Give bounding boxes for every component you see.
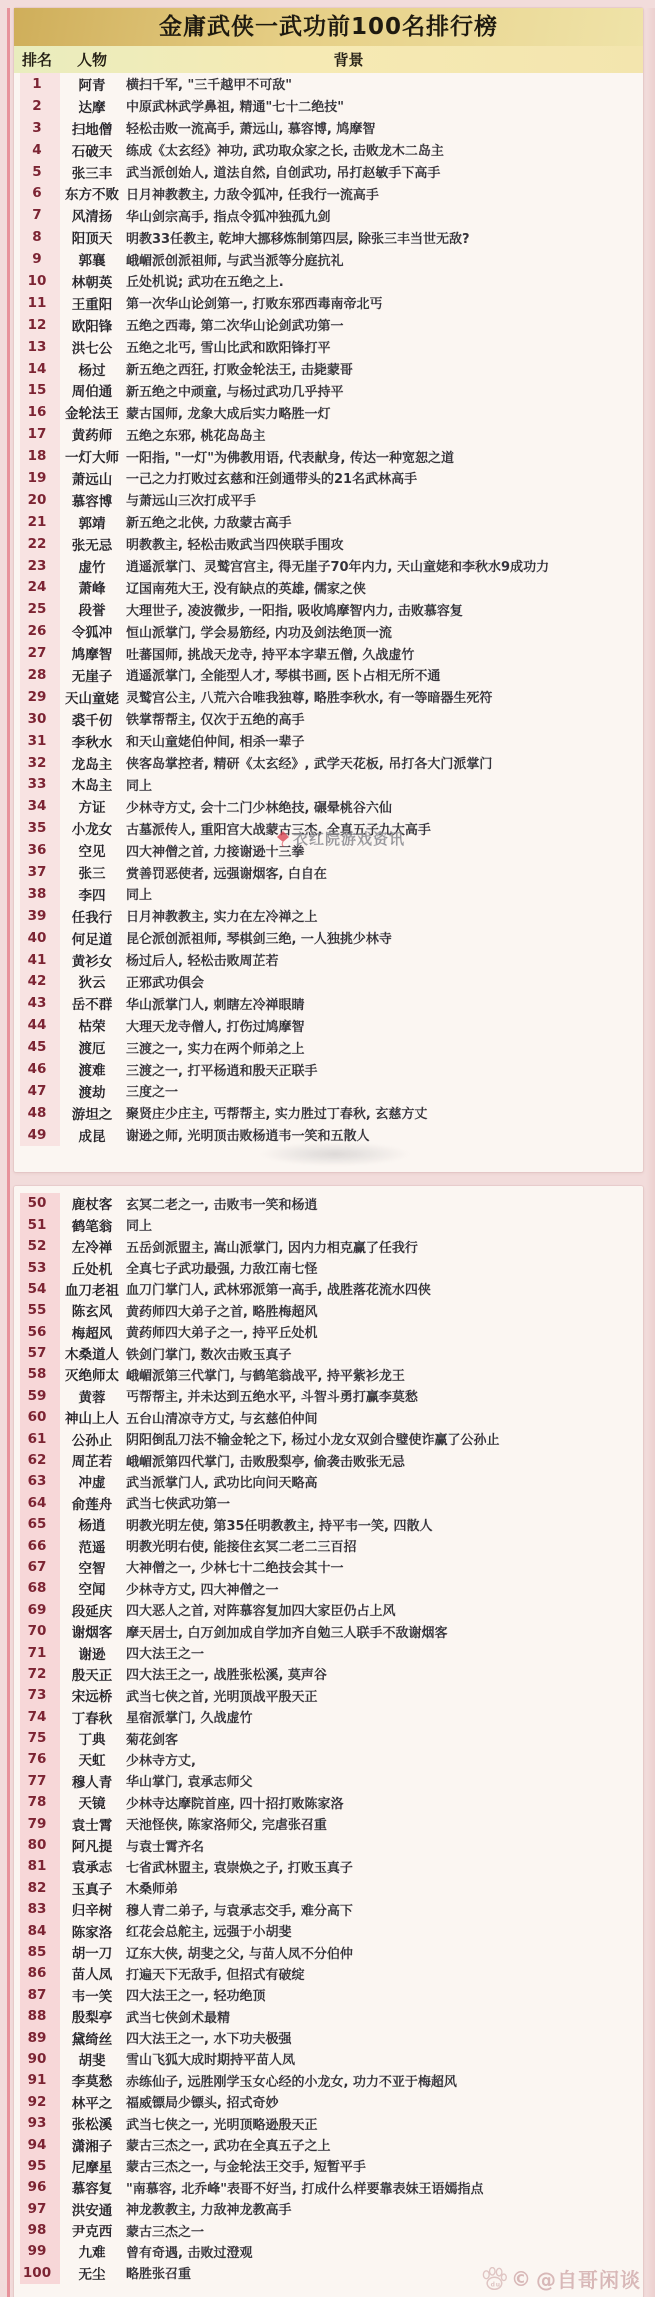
name-cell: 狄云 bbox=[60, 971, 124, 991]
table-row: 76天虹少林寺方丈, bbox=[14, 1749, 643, 1770]
rank-cell: 1 bbox=[14, 76, 60, 92]
name-cell: 阳顶天 bbox=[60, 227, 124, 247]
watermark-author-credit: du © @自哥闲谈 bbox=[481, 2264, 641, 2293]
background-cell: 大神僧之一, 少林七十二绝技会其十一 bbox=[124, 1557, 643, 1576]
name-cell: 杨逍 bbox=[60, 1514, 124, 1534]
name-cell: 九难 bbox=[60, 2241, 124, 2261]
background-cell: 五绝之东邪, 桃花岛岛主 bbox=[124, 425, 643, 444]
name-cell: 鹤笔翁 bbox=[60, 1215, 124, 1235]
background-cell: 三渡之一, 打平杨逍和殷天正联手 bbox=[124, 1060, 643, 1079]
kite-icon bbox=[276, 831, 290, 847]
table-row: 43岳不群华山派掌门人, 刺瞎左冷禅眼睛 bbox=[14, 992, 643, 1014]
name-cell: 金轮法王 bbox=[60, 402, 124, 422]
name-cell: 风清扬 bbox=[60, 205, 124, 225]
name-cell: 穆人青 bbox=[60, 1771, 124, 1791]
name-cell: 苗人凤 bbox=[60, 1963, 124, 1983]
rank-cell: 94 bbox=[14, 2137, 60, 2153]
name-cell: 李秋水 bbox=[60, 731, 124, 751]
table-row: 80阿凡提与袁士霄齐名 bbox=[14, 1834, 643, 1855]
table-row: 22张无忌明教教主, 轻松击败武当四侠联手围攻 bbox=[14, 533, 643, 555]
background-cell: 明教教主, 轻松击败武当四侠联手围攻 bbox=[124, 534, 643, 553]
background-cell: 一己之力打败过玄慈和汪剑通带头的21名武林高手 bbox=[124, 468, 643, 487]
background-cell: 木桑师弟 bbox=[124, 1878, 643, 1897]
name-cell: 殷天正 bbox=[60, 1664, 124, 1684]
background-cell: 曾有奇遇, 击败过澄观 bbox=[124, 2242, 643, 2261]
table-row: 40何足道昆仑派创派祖师, 琴棋剑三绝, 一人独挑少林寺 bbox=[14, 927, 643, 949]
name-cell: 归辛树 bbox=[60, 1899, 124, 1919]
column-header-rank: 排名 bbox=[14, 49, 60, 70]
rank-cell: 34 bbox=[14, 798, 60, 814]
name-cell: 虚竹 bbox=[60, 556, 124, 576]
name-cell: 杨过 bbox=[60, 359, 124, 379]
column-header-background: 背景 bbox=[124, 49, 643, 70]
background-cell: 明教光明右使, 能接住玄冥二老二三百招 bbox=[124, 1536, 643, 1555]
name-cell: 欧阳锋 bbox=[60, 315, 124, 335]
table-row: 59黄蓉丐帮帮主, 并未达到五绝水平, 斗智斗勇打赢李莫愁 bbox=[14, 1385, 643, 1406]
rank-cell: 27 bbox=[14, 645, 60, 661]
table-row: 71谢逊四大法王之一 bbox=[14, 1642, 643, 1663]
rank-cell: 23 bbox=[14, 558, 60, 574]
rank-cell: 61 bbox=[14, 1431, 60, 1447]
rank-cell: 9 bbox=[14, 251, 60, 267]
table-row: 88殷梨亭武当七侠剑术最精 bbox=[14, 2005, 643, 2026]
background-cell: 明教33任教主, 乾坤大挪移炼制第四层, 除张三丰当世无敌? bbox=[124, 228, 643, 247]
table-row: 24萧峰辽国南苑大王, 没有缺点的英雄, 儒家之侠 bbox=[14, 576, 643, 598]
name-cell: 岳不群 bbox=[60, 993, 124, 1013]
name-cell: 木桑道人 bbox=[60, 1343, 124, 1363]
table-row: 52左冷禅五岳剑派盟主, 嵩山派掌门, 因内力相克赢了任我行 bbox=[14, 1235, 643, 1256]
rank-cell: 84 bbox=[14, 1923, 60, 1939]
rank-cell: 83 bbox=[14, 1901, 60, 1917]
table-row: 78天镜少林寺达摩院首座, 四十招打败陈家洛 bbox=[14, 1792, 643, 1813]
background-cell: 铁掌帮帮主, 仅次于五绝的高手 bbox=[124, 709, 643, 728]
background-cell: 五绝之西毒, 第二次华山论剑武功第一 bbox=[124, 315, 643, 334]
background-cell: 与萧远山三次打成平手 bbox=[124, 490, 643, 509]
name-cell: 木岛主 bbox=[60, 774, 124, 794]
name-cell: 殷梨亭 bbox=[60, 2006, 124, 2026]
name-cell: 郭靖 bbox=[60, 512, 124, 532]
rank-cell: 78 bbox=[14, 1794, 60, 1810]
page-left-edge-line bbox=[7, 8, 10, 2297]
name-cell: 黄蓉 bbox=[60, 1386, 124, 1406]
background-cell: 武当七侠武功第一 bbox=[124, 1493, 643, 1512]
background-cell: 练成《太玄经》神功, 武功取众家之长, 击败龙木二岛主 bbox=[124, 140, 643, 159]
background-cell: 峨嵋派第三代掌门, 与鹤笔翁战平, 持平紫衫龙王 bbox=[124, 1365, 643, 1384]
background-cell: 华山剑宗高手, 指点令狐冲独孤九剑 bbox=[124, 206, 643, 225]
table-row: 69段延庆四大恶人之首, 对阵慕容复加四大家臣仍占上风 bbox=[14, 1599, 643, 1620]
name-cell: 玉真子 bbox=[60, 1878, 124, 1898]
background-cell: 丐帮帮主, 并未达到五绝水平, 斗智斗勇打赢李莫愁 bbox=[124, 1386, 643, 1405]
table-row: 45渡厄三渡之一, 实力在两个师弟之上 bbox=[14, 1036, 643, 1058]
background-cell: "南慕容, 北乔峰"表哥不好当, 打成什么样要靠表妹王语嫣指点 bbox=[124, 2178, 643, 2197]
background-cell: 四大法王之一, 轻功绝顶 bbox=[124, 1985, 643, 2004]
paw-du-text: du bbox=[491, 2281, 501, 2288]
rank-cell: 54 bbox=[14, 1281, 60, 1297]
rank-cell: 10 bbox=[14, 273, 60, 289]
name-cell: 段誉 bbox=[60, 599, 124, 619]
name-cell: 洪安通 bbox=[60, 2199, 124, 2219]
background-cell: 摩天居士, 白万剑加成自学加齐自勉三人联手不敌谢烟客 bbox=[124, 1622, 643, 1641]
rank-cell: 26 bbox=[14, 623, 60, 639]
name-cell: 范遥 bbox=[60, 1536, 124, 1556]
table-row: 73宋远桥武当七侠之首, 光明顶战平殷天正 bbox=[14, 1685, 643, 1706]
rank-cell: 4 bbox=[14, 142, 60, 158]
table-row: 86苗人凤打遍天下无敌手, 但招式有破绽 bbox=[14, 1963, 643, 1984]
rank-cell: 46 bbox=[14, 1061, 60, 1077]
table-row: 11王重阳第一次华山论剑第一, 打败东邪西毒南帝北丐 bbox=[14, 292, 643, 314]
rank-cell: 91 bbox=[14, 2072, 60, 2088]
rank-cell: 69 bbox=[14, 1602, 60, 1618]
table-row: 42狄云正邪武功俱会 bbox=[14, 971, 643, 993]
paw-logo-icon: du bbox=[481, 2267, 507, 2291]
table-row: 29天山童姥灵鹫宫公主, 八荒六合唯我独尊, 略胜李秋水, 有一等暗器生死符 bbox=[14, 686, 643, 708]
table-row: 16金轮法王蒙古国师, 龙象大成后实力略胜一灯 bbox=[14, 401, 643, 423]
table-row: 25段誉大理世子, 凌波微步, 一阳指, 吸收鸠摩智内力, 击败慕容复 bbox=[14, 598, 643, 620]
table-row: 84陈家洛红花会总舵主, 远强于小胡斐 bbox=[14, 1920, 643, 1941]
table-row: 33木岛主同上 bbox=[14, 774, 643, 796]
table-row: 68空闻少林寺方丈, 四大神僧之一 bbox=[14, 1578, 643, 1599]
table-row: 55陈玄风黄药师四大弟子之首, 略胜梅超风 bbox=[14, 1300, 643, 1321]
rank-cell: 97 bbox=[14, 2201, 60, 2217]
background-cell: 杨过后人, 轻松击败周芷若 bbox=[124, 950, 643, 969]
rank-cell: 51 bbox=[14, 1217, 60, 1233]
table-row: 50鹿杖客玄冥二老之一, 击败韦一笑和杨逍 bbox=[14, 1193, 643, 1214]
rank-cell: 32 bbox=[14, 755, 60, 771]
table-row: 23虚竹逍遥派掌门、灵鹫宫宫主, 得无崖子70年内力, 天山童姥和李秋水9成功力 bbox=[14, 555, 643, 577]
background-cell: 星宿派掌门, 久战虚竹 bbox=[124, 1707, 643, 1726]
rank-cell: 70 bbox=[14, 1623, 60, 1639]
background-cell: 少林寺方丈, 会十二门少林绝技, 碾晕桃谷六仙 bbox=[124, 797, 643, 816]
name-cell: 林朝英 bbox=[60, 271, 124, 291]
rank-cell: 93 bbox=[14, 2115, 60, 2131]
name-cell: 俞莲舟 bbox=[60, 1493, 124, 1513]
table-row: 67空智大神僧之一, 少林七十二绝技会其十一 bbox=[14, 1556, 643, 1577]
background-cell: 大理天龙寺僧人, 打伤过鸠摩智 bbox=[124, 1016, 643, 1035]
rank-cell: 68 bbox=[14, 1580, 60, 1596]
rank-cell: 11 bbox=[14, 295, 60, 311]
table-row: 28无崖子逍遥派掌门, 全能型人才, 琴棋书画, 医卜占相无所不通 bbox=[14, 664, 643, 686]
name-cell: 袁承志 bbox=[60, 1856, 124, 1876]
background-cell: 赤练仙子, 远胜刚学玉女心经的小龙女, 功力不亚于梅超风 bbox=[124, 2071, 643, 2090]
name-cell: 丁春秋 bbox=[60, 1707, 124, 1727]
watermark-blur-stamp bbox=[260, 1142, 410, 1166]
background-cell: 恒山派掌门, 学会易筋经, 内功及剑法绝顶一流 bbox=[124, 622, 643, 641]
background-cell: 四大恶人之首, 对阵慕容复加四大家臣仍占上风 bbox=[124, 1600, 643, 1619]
rank-cell: 35 bbox=[14, 820, 60, 836]
table-row: 17黄药师五绝之东邪, 桃花岛岛主 bbox=[14, 423, 643, 445]
rank-cell: 52 bbox=[14, 1238, 60, 1254]
name-cell: 萧峰 bbox=[60, 577, 124, 597]
background-cell: 华山掌门, 袁承志师父 bbox=[124, 1771, 643, 1790]
table-row: 44枯荣大理天龙寺僧人, 打伤过鸠摩智 bbox=[14, 1014, 643, 1036]
rank-cell: 17 bbox=[14, 426, 60, 442]
table-row: 8阳顶天明教33任教主, 乾坤大挪移炼制第四层, 除张三丰当世无敌? bbox=[14, 226, 643, 248]
rank-rows-1-49: 1阿青横扫千军, "三千越甲不可敌"2达摩中原武林武学鼻祖, 精通"七十二绝技"… bbox=[14, 73, 643, 1146]
name-cell: 陈家洛 bbox=[60, 1921, 124, 1941]
table-row: 63冲虚武当派掌门人, 武功比向问天略高 bbox=[14, 1471, 643, 1492]
background-cell: 逍遥派掌门、灵鹫宫宫主, 得无崖子70年内力, 天山童姥和李秋水9成功力 bbox=[124, 556, 643, 575]
table-row: 72殷天正四大法王之一, 战胜张松溪, 莫声谷 bbox=[14, 1663, 643, 1684]
rank-cell: 92 bbox=[14, 2094, 60, 2110]
at-symbol: © bbox=[511, 2267, 532, 2291]
rank-cell: 2 bbox=[14, 98, 60, 114]
name-cell: 一灯大师 bbox=[60, 446, 124, 466]
rank-cell: 25 bbox=[14, 601, 60, 617]
name-cell: 韦一笑 bbox=[60, 1985, 124, 2005]
table-row: 83归辛树穆人青二弟子, 与袁承志交手, 难分高下 bbox=[14, 1899, 643, 1920]
rank-cell: 73 bbox=[14, 1687, 60, 1703]
rank-cell: 36 bbox=[14, 842, 60, 858]
name-cell: 宋远桥 bbox=[60, 1685, 124, 1705]
ranking-table-top-panel: 金庸武侠一武功前100名排行榜 排名 人物 背景 1阿青横扫千军, "三千越甲不… bbox=[14, 8, 643, 1172]
table-row: 5张三丰武当派创始人, 道法自然, 自创武功, 吊打赵敏手下高手 bbox=[14, 161, 643, 183]
name-cell: 黄衫女 bbox=[60, 950, 124, 970]
background-cell: 四大法王之一, 水下功夫极强 bbox=[124, 2028, 643, 2047]
table-row: 27鸠摩智吐蕃国师, 挑战天龙寺, 持平本字辈五僧, 久战虚竹 bbox=[14, 642, 643, 664]
background-cell: 日月神教教主, 实力在左冷禅之上 bbox=[124, 906, 643, 925]
background-cell: 明教光明左使, 第35任明教教主, 持平韦一笑, 四散人 bbox=[124, 1515, 643, 1534]
background-cell: 新五绝之西狂, 打败金轮法王, 击毙蒙哥 bbox=[124, 359, 643, 378]
rank-cell: 16 bbox=[14, 404, 60, 420]
background-cell: 峨嵋派创派祖师, 与武当派等分庭抗礼 bbox=[124, 250, 643, 269]
table-row: 20慕容博与萧远山三次打成平手 bbox=[14, 489, 643, 511]
name-cell: 张无忌 bbox=[60, 534, 124, 554]
table-row: 47渡劫三度之一 bbox=[14, 1080, 643, 1102]
background-cell: 同上 bbox=[124, 884, 643, 903]
background-cell: 横扫千军, "三千越甲不可敌" bbox=[124, 74, 643, 93]
rank-cell: 21 bbox=[14, 514, 60, 530]
rank-cell: 3 bbox=[14, 120, 60, 136]
name-cell: 张松溪 bbox=[60, 2113, 124, 2133]
rank-cell: 81 bbox=[14, 1858, 60, 1874]
name-cell: 东方不败 bbox=[60, 183, 124, 203]
table-row: 60神山上人五台山清凉寺方丈, 与玄慈伯仲间 bbox=[14, 1407, 643, 1428]
background-cell: 红花会总舵主, 远强于小胡斐 bbox=[124, 1921, 643, 1940]
rank-cell: 57 bbox=[14, 1345, 60, 1361]
name-cell: 公孙止 bbox=[60, 1429, 124, 1449]
name-cell: 天虹 bbox=[60, 1749, 124, 1769]
name-cell: 天山童姥 bbox=[60, 687, 124, 707]
background-cell: 与袁士霄齐名 bbox=[124, 1836, 643, 1855]
rank-cell: 88 bbox=[14, 2008, 60, 2024]
page-right-edge-shade bbox=[646, 8, 655, 2297]
name-cell: 神山上人 bbox=[60, 1407, 124, 1427]
name-cell: 谢逊 bbox=[60, 1643, 124, 1663]
table-row: 12欧阳锋五绝之西毒, 第二次华山论剑武功第一 bbox=[14, 314, 643, 336]
table-row: 14杨过新五绝之西狂, 打败金轮法王, 击毙蒙哥 bbox=[14, 358, 643, 380]
rank-cell: 85 bbox=[14, 1944, 60, 1960]
background-cell: 一阳指, "一灯"为佛教用语, 代表献身, 传达一种宽恕之道 bbox=[124, 447, 643, 466]
rank-cell: 96 bbox=[14, 2179, 60, 2195]
table-row: 13洪七公五绝之北丐, 雪山比武和欧阳锋打平 bbox=[14, 336, 643, 358]
background-cell: 玄冥二老之一, 击败韦一笑和杨逍 bbox=[124, 1194, 643, 1213]
background-cell: 铁剑门掌门, 数次击败玉真子 bbox=[124, 1344, 643, 1363]
table-row: 90胡斐雪山飞狐大成时期持平苗人凤 bbox=[14, 2048, 643, 2069]
rank-cell: 18 bbox=[14, 448, 60, 464]
table-row: 34方证少林寺方丈, 会十二门少林绝技, 碾晕桃谷六仙 bbox=[14, 795, 643, 817]
name-cell: 张三 bbox=[60, 862, 124, 882]
rank-cell: 14 bbox=[14, 361, 60, 377]
name-cell: 左冷禅 bbox=[60, 1236, 124, 1256]
name-cell: 萧远山 bbox=[60, 468, 124, 488]
table-row: 1阿青横扫千军, "三千越甲不可敌" bbox=[14, 73, 643, 95]
rank-cell: 31 bbox=[14, 733, 60, 749]
table-row: 99九难曾有奇遇, 击败过澄观 bbox=[14, 2241, 643, 2262]
name-cell: 尹克西 bbox=[60, 2220, 124, 2240]
rank-cell: 6 bbox=[14, 185, 60, 201]
name-cell: 袁士霄 bbox=[60, 1814, 124, 1834]
table-row: 19萧远山一己之力打败过玄慈和汪剑通带头的21名武林高手 bbox=[14, 467, 643, 489]
background-cell: 蒙古三杰之一, 与金轮法王交手, 短暂平手 bbox=[124, 2156, 643, 2175]
rank-cell: 28 bbox=[14, 667, 60, 683]
name-cell: 慕容复 bbox=[60, 2177, 124, 2197]
background-cell: 辽国南苑大王, 没有缺点的英雄, 儒家之侠 bbox=[124, 578, 643, 597]
background-cell: 吐蕃国师, 挑战天龙寺, 持平本字辈五僧, 久战虚竹 bbox=[124, 644, 643, 663]
name-cell: 李莫愁 bbox=[60, 2070, 124, 2090]
rank-cell: 77 bbox=[14, 1773, 60, 1789]
rank-cell: 75 bbox=[14, 1730, 60, 1746]
table-row: 51鹤笔翁同上 bbox=[14, 1214, 643, 1235]
background-cell: 侠客岛掌控者, 精研《太玄经》, 武学天花板, 吊打各大门派掌门 bbox=[124, 753, 643, 772]
name-cell: 空智 bbox=[60, 1557, 124, 1577]
table-row: 38李四同上 bbox=[14, 883, 643, 905]
background-cell: 武当派掌门人, 武功比向问天略高 bbox=[124, 1472, 643, 1491]
table-row: 61公孙止阴阳倒乱刀法不输金轮之下, 杨过小龙女双剑合璧使诈赢了公孙止 bbox=[14, 1428, 643, 1449]
name-cell: 周芷若 bbox=[60, 1450, 124, 1470]
table-row: 54血刀老祖血刀门掌门人, 武林邪派第一高手, 战胜落花流水四侠 bbox=[14, 1278, 643, 1299]
name-cell: 龙岛主 bbox=[60, 753, 124, 773]
table-header: 排名 人物 背景 bbox=[14, 46, 643, 73]
background-cell: 辽东大侠, 胡斐之父, 与苗人凤不分伯仲 bbox=[124, 1943, 643, 1962]
name-cell: 方证 bbox=[60, 796, 124, 816]
background-cell: 穆人青二弟子, 与袁承志交手, 难分高下 bbox=[124, 1900, 643, 1919]
background-cell: 菊花剑客 bbox=[124, 1729, 643, 1748]
name-cell: 胡斐 bbox=[60, 2049, 124, 2069]
rank-cell: 95 bbox=[14, 2158, 60, 2174]
background-cell: 蒙古三杰之一, 武功在全真五子之上 bbox=[124, 2135, 643, 2154]
background-cell: 蒙古国师, 龙象大成后实力略胜一灯 bbox=[124, 403, 643, 422]
name-cell: 洪七公 bbox=[60, 337, 124, 357]
rank-cell: 50 bbox=[14, 1195, 60, 1211]
name-cell: 血刀老祖 bbox=[60, 1279, 124, 1299]
table-row: 92林平之福威镖局少镖头, 招式奇妙 bbox=[14, 2091, 643, 2112]
rank-cell: 37 bbox=[14, 864, 60, 880]
rank-cell: 40 bbox=[14, 930, 60, 946]
background-cell: 轻松击败一流高手, 萧远山, 慕容博, 鸠摩智 bbox=[124, 118, 643, 137]
table-row: 48游坦之聚贤庄少庄主, 丐帮帮主, 实力胜过丁春秋, 玄慈方丈 bbox=[14, 1102, 643, 1124]
rank-cell: 48 bbox=[14, 1105, 60, 1121]
name-cell: 无尘 bbox=[60, 2263, 124, 2283]
table-row: 66范遥明教光明右使, 能接住玄冥二老二三百招 bbox=[14, 1535, 643, 1556]
name-cell: 裘千仞 bbox=[60, 709, 124, 729]
background-cell: 福威镖局少镖头, 招式奇妙 bbox=[124, 2092, 643, 2111]
name-cell: 丘处机 bbox=[60, 1258, 124, 1278]
rank-cell: 24 bbox=[14, 579, 60, 595]
table-row: 96慕容复"南慕容, 北乔峰"表哥不好当, 打成什么样要靠表妹王语嫣指点 bbox=[14, 2177, 643, 2198]
background-cell: 三度之一 bbox=[124, 1081, 643, 1100]
name-cell: 达摩 bbox=[60, 96, 124, 116]
table-row: 94潇湘子蒙古三杰之一, 武功在全真五子之上 bbox=[14, 2134, 643, 2155]
name-cell: 天镜 bbox=[60, 1792, 124, 1812]
name-cell: 渡难 bbox=[60, 1059, 124, 1079]
table-row: 74丁春秋星宿派掌门, 久战虚竹 bbox=[14, 1706, 643, 1727]
rank-cell: 60 bbox=[14, 1409, 60, 1425]
name-cell: 灭绝师太 bbox=[60, 1364, 124, 1384]
table-row: 58灭绝师太峨嵋派第三代掌门, 与鹤笔翁战平, 持平紫衫龙王 bbox=[14, 1364, 643, 1385]
table-row: 10林朝英丘处机说; 武功在五绝之上. bbox=[14, 270, 643, 292]
name-cell: 成昆 bbox=[60, 1125, 124, 1145]
name-cell: 鸠摩智 bbox=[60, 643, 124, 663]
table-row: 95尼摩星蒙古三杰之一, 与金轮法王交手, 短暂平手 bbox=[14, 2155, 643, 2176]
name-cell: 林平之 bbox=[60, 2092, 124, 2112]
rank-cell: 53 bbox=[14, 1260, 60, 1276]
table-row: 93张松溪武当七侠之一, 光明顶略逊殷天正 bbox=[14, 2112, 643, 2133]
name-cell: 冲虚 bbox=[60, 1471, 124, 1491]
rank-cell: 8 bbox=[14, 229, 60, 245]
rank-cell: 99 bbox=[14, 2243, 60, 2259]
rank-rows-50-100: 50鹿杖客玄冥二老之一, 击败韦一笑和杨逍51鹤笔翁同上52左冷禅五岳剑派盟主,… bbox=[14, 1193, 643, 2284]
rank-cell: 12 bbox=[14, 317, 60, 333]
name-cell: 梅超风 bbox=[60, 1322, 124, 1342]
name-cell: 鹿杖客 bbox=[60, 1193, 124, 1213]
rank-cell: 5 bbox=[14, 164, 60, 180]
rank-cell: 7 bbox=[14, 207, 60, 223]
table-row: 79袁士霄天池怪侠, 陈家洛师父, 完虐张召重 bbox=[14, 1813, 643, 1834]
background-cell: 黄药师四大弟子之首, 略胜梅超风 bbox=[124, 1301, 643, 1320]
name-cell: 尼摩星 bbox=[60, 2156, 124, 2176]
rank-cell: 13 bbox=[14, 339, 60, 355]
rank-cell: 71 bbox=[14, 1645, 60, 1661]
watermark-site-text: 衣红院游戏资讯 bbox=[293, 828, 405, 849]
table-row: 85胡一刀辽东大侠, 胡斐之父, 与苗人凤不分伯仲 bbox=[14, 1941, 643, 1962]
name-cell: 令狐冲 bbox=[60, 621, 124, 641]
background-cell: 昆仑派创派祖师, 琴棋剑三绝, 一人独挑少林寺 bbox=[124, 928, 643, 947]
scanned-ranking-page: 金庸武侠一武功前100名排行榜 排名 人物 背景 1阿青横扫千军, "三千越甲不… bbox=[0, 8, 655, 2297]
rank-cell: 22 bbox=[14, 536, 60, 552]
background-cell: 逍遥派掌门, 全能型人才, 琴棋书画, 医卜占相无所不通 bbox=[124, 665, 643, 684]
table-row: 98尹克西蒙古三杰之一 bbox=[14, 2219, 643, 2240]
rank-cell: 63 bbox=[14, 1473, 60, 1489]
table-row: 53丘处机全真七子武功最强, 力敌江南七怪 bbox=[14, 1257, 643, 1278]
rank-cell: 72 bbox=[14, 1666, 60, 1682]
background-cell: 新五绝之北侠, 力敌蒙古高手 bbox=[124, 512, 643, 531]
background-cell: 少林寺方丈, bbox=[124, 1750, 643, 1769]
name-cell: 渡劫 bbox=[60, 1081, 124, 1101]
rank-cell: 79 bbox=[14, 1816, 60, 1832]
name-cell: 枯荣 bbox=[60, 1015, 124, 1035]
rank-cell: 89 bbox=[14, 2030, 60, 2046]
rank-cell: 47 bbox=[14, 1083, 60, 1099]
table-row: 15周伯通新五绝之中顽童, 与杨过武功几乎持平 bbox=[14, 379, 643, 401]
name-cell: 扫地僧 bbox=[60, 118, 124, 138]
background-cell: 全真七子武功最强, 力敌江南七怪 bbox=[124, 1258, 643, 1277]
background-cell: 丘处机说; 武功在五绝之上. bbox=[124, 271, 643, 290]
name-cell: 胡一刀 bbox=[60, 1942, 124, 1962]
rank-cell: 80 bbox=[14, 1837, 60, 1853]
table-row: 89黛绮丝四大法王之一, 水下功夫极强 bbox=[14, 2027, 643, 2048]
table-row: 7风清扬华山剑宗高手, 指点令狐冲独孤九剑 bbox=[14, 204, 643, 226]
rank-cell: 42 bbox=[14, 973, 60, 989]
table-row: 39任我行日月神教教主, 实力在左冷禅之上 bbox=[14, 905, 643, 927]
background-cell: 打遍天下无敌手, 但招式有破绽 bbox=[124, 1964, 643, 1983]
page-title: 金庸武侠一武功前100名排行榜 bbox=[14, 8, 643, 46]
table-row: 6东方不败日月神教教主, 力敌令狐冲, 任我行一流高手 bbox=[14, 182, 643, 204]
watermark-author-text: @自哥闲谈 bbox=[536, 2264, 641, 2293]
table-row: 87韦一笑四大法王之一, 轻功绝顶 bbox=[14, 1984, 643, 2005]
name-cell: 小龙女 bbox=[60, 818, 124, 838]
background-cell: 蒙古三杰之一 bbox=[124, 2221, 643, 2240]
background-cell: 中原武林武学鼻祖, 精通"七十二绝技" bbox=[124, 96, 643, 115]
